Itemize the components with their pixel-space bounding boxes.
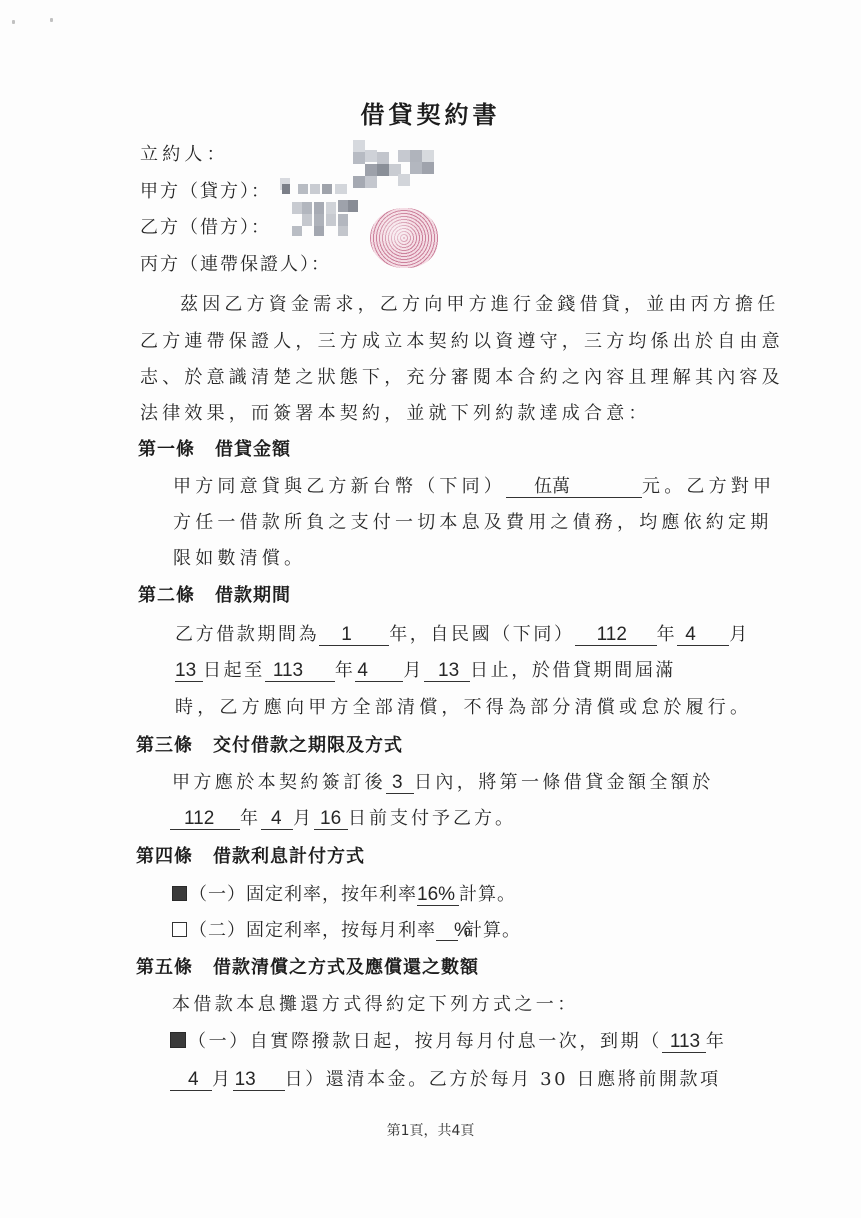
fingerprint-seal	[370, 208, 438, 268]
preamble-line-1: 茲因乙方資金需求，乙方向甲方進行金錢借貸，並由丙方擔任	[180, 290, 779, 316]
article-1-title: 借貸金額	[215, 439, 291, 460]
interest-option-1-text: 計算。	[459, 884, 516, 905]
article-2-line-2: 13日起至113年4月13日止，於借貸期間屆滿	[175, 656, 676, 682]
article-2-text: 日起至	[203, 660, 265, 681]
scan-speck	[50, 18, 53, 22]
delivery-days-field: 3	[386, 773, 414, 794]
article-2-text: 年，自民國（下同）	[389, 624, 574, 645]
repayment-option-1-text: （一）自實際撥款日起，按月每月付息一次，到期（	[188, 1031, 662, 1052]
article-2-number: 第二條	[138, 585, 195, 606]
repayment-option-1-text: 日）還清本金。乙方於每月 30 日應將前開款項	[285, 1069, 721, 1090]
monthly-rate-blank	[436, 940, 458, 941]
start-day-field: 13	[175, 661, 203, 682]
repayment-option-1-text: 月	[212, 1069, 233, 1090]
article-1-line-3: 限如數清償。	[173, 544, 306, 570]
article-5-title: 借款清償之方式及應償還之數額	[213, 957, 479, 978]
end-year-field: 113	[265, 661, 335, 682]
article-2-heading: 第二條借款期間	[138, 581, 291, 607]
article-2-line-3: 時，乙方應向甲方全部清償，不得為部分清償或怠於履行。	[175, 693, 752, 719]
article-3-text: 年	[240, 808, 261, 829]
borrower-label: 乙方（借方）：	[140, 213, 271, 239]
checkbox-unchecked-icon	[172, 922, 187, 937]
article-5-heading: 第五條借款清償之方式及應償還之數額	[136, 953, 479, 979]
end-month-field: 4	[355, 661, 403, 682]
preamble-line-4: 法律效果，而簽署本契約，並就下列約款達成合意：	[140, 399, 651, 425]
monthly-rate-field: %	[436, 921, 464, 941]
due-year-field: 113	[662, 1032, 706, 1053]
parties-label: 立約人：	[140, 140, 229, 166]
checkbox-checked-icon	[170, 1032, 186, 1048]
article-2-text: 日止，於借貸期間屆滿	[470, 660, 676, 681]
interest-option-2-text: 計算。	[464, 920, 521, 941]
article-3-text: 日前支付予乙方。	[348, 808, 516, 829]
preamble-line-2: 乙方連帶保證人，三方成立本契約以資遵守，三方均係出於自由意	[140, 327, 784, 353]
article-2-text: 年	[335, 660, 356, 681]
repayment-option-1-line-2: 4月13日）還清本金。乙方於每月 30 日應將前開款項	[170, 1065, 721, 1091]
payment-month-field: 4	[261, 809, 293, 830]
article-1-line-1: 甲方同意貸與乙方新台幣（下同）伍萬元。乙方對甲	[173, 472, 775, 498]
document-title: 借貸契約書	[0, 95, 861, 130]
contract-page: 借貸契約書 立約人： 甲方（貸方）： 乙方（借方）： 丙方（連帶保證人）：	[0, 0, 861, 1218]
article-3-text: 甲方應於本契約簽訂後	[172, 772, 386, 793]
end-day-field: 13	[424, 661, 470, 682]
article-5-intro: 本借款本息攤還方式得約定下列方式之一：	[172, 990, 579, 1016]
checkbox-checked-icon	[172, 886, 187, 901]
interest-option-1-text: （一）固定利率，按年利率	[189, 884, 417, 905]
term-years-field: 1	[319, 625, 389, 646]
due-day-field: 13	[233, 1070, 285, 1091]
repayment-option-1-line-1: （一）自實際撥款日起，按月每月付息一次，到期（113年	[170, 1027, 726, 1053]
article-2-text: 乙方借款期間為	[175, 624, 319, 645]
article-3-title: 交付借款之期限及方式	[213, 735, 403, 756]
start-year-field: 112	[575, 625, 657, 646]
repayment-option-1-text: 年	[706, 1031, 727, 1052]
article-3-text: 月	[293, 808, 314, 829]
interest-option-2-text: （二）固定利率，按每月利率	[189, 920, 436, 941]
article-4-heading: 第四條借款利息計付方式	[136, 842, 365, 868]
article-4-number: 第四條	[136, 846, 193, 867]
preamble-line-3: 志、於意識清楚之狀態下，充分審閱本合約之內容且理解其內容及	[140, 363, 784, 389]
article-2-title: 借款期間	[215, 585, 291, 606]
article-4-title: 借款利息計付方式	[213, 846, 365, 867]
page-number: 第1頁，共4頁	[0, 1120, 861, 1140]
article-1-line-2: 方任一借款所負之支付一切本息及費用之債務，均應依約定期	[173, 508, 772, 534]
article-2-line-1: 乙方借款期間為1年，自民國（下同）112年4月	[175, 620, 750, 646]
article-3-text: 日內，將第一條借貸金額全額於	[414, 772, 714, 793]
monthly-rate-percent: %	[454, 920, 471, 941]
scan-speck	[12, 20, 15, 24]
article-2-text: 月	[403, 660, 424, 681]
start-month-field: 4	[677, 625, 729, 646]
interest-option-1: （一）固定利率，按年利率16%計算。	[172, 880, 516, 906]
article-1-text: 元。乙方對甲	[642, 476, 775, 497]
guarantor-label: 丙方（連帶保證人）：	[140, 250, 331, 276]
article-2-text: 月	[729, 624, 750, 645]
article-3-line-2: 112年4月16日前支付予乙方。	[170, 804, 516, 830]
article-3-heading: 第三條交付借款之期限及方式	[136, 731, 403, 757]
article-1-number: 第一條	[138, 439, 195, 460]
article-1-heading: 第一條借貸金額	[138, 435, 291, 461]
loan-amount-field: 伍萬	[506, 477, 642, 498]
article-2-text: 年	[657, 624, 678, 645]
article-3-number: 第三條	[136, 735, 193, 756]
payment-year-field: 112	[170, 809, 240, 830]
due-month-field: 4	[170, 1070, 212, 1091]
lender-label: 甲方（貸方）：	[140, 177, 271, 203]
article-1-text: 甲方同意貸與乙方新台幣（下同）	[173, 476, 506, 497]
article-3-line-1: 甲方應於本契約簽訂後3日內，將第一條借貸金額全額於	[172, 768, 714, 794]
annual-rate-field: 16%	[417, 885, 459, 906]
payment-day-field: 16	[314, 809, 348, 830]
interest-option-2: （二）固定利率，按每月利率%計算。	[172, 916, 521, 942]
article-5-number: 第五條	[136, 957, 193, 978]
